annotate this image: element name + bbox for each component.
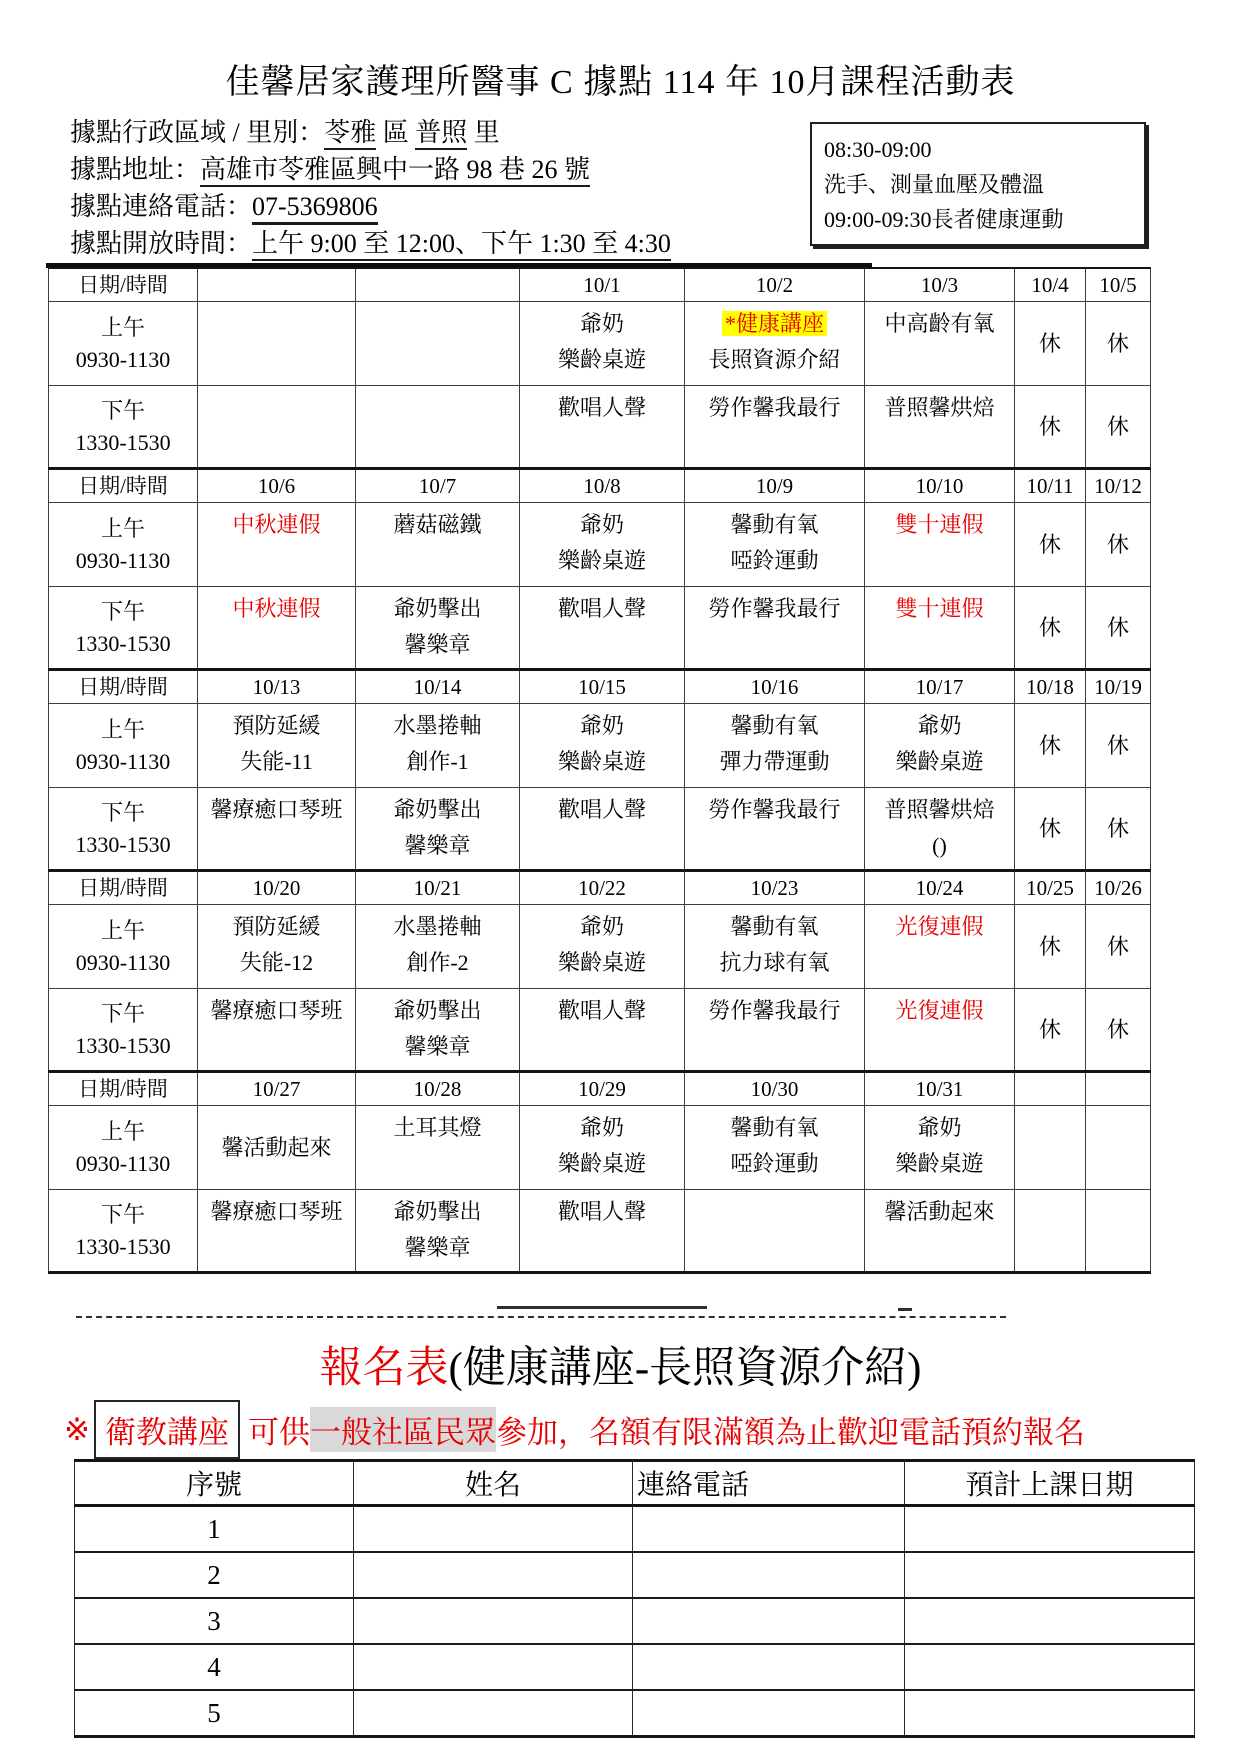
empty-fill-in-cell xyxy=(905,1552,1195,1598)
address-value: 高雄市苓雅區興中一路 98 巷 26 號 xyxy=(200,155,590,187)
activity-cell: 蘑菇磁鐵 xyxy=(356,503,520,587)
afternoon-label-cell: 下午1330-1530 xyxy=(49,386,198,469)
cell-text: 1330-1530 xyxy=(75,1234,170,1259)
empty-fill-in-cell xyxy=(354,1690,633,1737)
cell-text: 1330-1530 xyxy=(75,832,170,857)
cell-text: 10/5 xyxy=(1099,273,1136,297)
activity-cell: 馨活動起來 xyxy=(865,1190,1015,1273)
activity-cell: 雙十連假 xyxy=(865,503,1015,587)
cell-text: 10/9 xyxy=(756,474,793,498)
cell-text: 上午 xyxy=(101,516,145,541)
date-time-label-cell: 日期/時間 xyxy=(49,1072,198,1106)
cell-text: 土耳其燈 xyxy=(393,1115,481,1140)
activity-cell xyxy=(198,386,356,469)
cell-text: 休 xyxy=(1039,934,1061,959)
activity-cell: 休 xyxy=(1015,587,1086,670)
cell-text: 下午 xyxy=(101,1202,145,1227)
cell-text: 10/29 xyxy=(578,1077,626,1101)
activity-cell: 爺奶擊出馨樂章 xyxy=(356,1190,520,1273)
registration-column-header: 預計上課日期 xyxy=(905,1461,1195,1506)
cell-text: 爺奶擊出 xyxy=(393,596,481,621)
activity-cell: 馨療癒口琴班 xyxy=(198,1190,356,1273)
cell-text: 休 xyxy=(1107,1017,1129,1042)
cell-text: 10/1 xyxy=(583,273,620,297)
cell-text: 10/23 xyxy=(751,876,799,900)
cell-text: 爺奶 xyxy=(580,713,624,738)
morning-label-cell: 上午0930-1130 xyxy=(49,704,198,788)
registration-table: 序號姓名連絡電話預計上課日期 12345 xyxy=(74,1459,1195,1738)
cell-text: 歡唱人聲 xyxy=(558,797,646,822)
activity-cell: 爺奶樂齡桌遊 xyxy=(865,704,1015,788)
date-cell: 10/19 xyxy=(1086,670,1151,704)
cell-text: 中秋連假 xyxy=(232,512,320,537)
row-number-cell: 5 xyxy=(75,1690,354,1737)
cell-text: 蘑菇磁鐵 xyxy=(393,512,481,537)
region-label: 據點行政區域 / 里別： xyxy=(70,118,324,147)
activity-cell: 歡唱人聲 xyxy=(520,788,685,871)
registration-row: 5 xyxy=(75,1690,1195,1737)
empty-fill-in-cell xyxy=(905,1644,1195,1690)
registration-title-rest: (健康講座-長照資源介紹) xyxy=(449,1345,922,1392)
activity-cell: 爺奶擊出馨樂章 xyxy=(356,587,520,670)
cell-text: 0930-1130 xyxy=(76,950,171,975)
cell-text: 馨樂章 xyxy=(404,1034,470,1059)
morning-label-cell: 上午0930-1130 xyxy=(49,302,198,386)
activity-cell: 爺奶擊出馨樂章 xyxy=(356,989,520,1072)
cell-text: 失能-12 xyxy=(240,950,313,975)
phone-label: 據點連絡電話： xyxy=(70,192,252,221)
activity-cell: 中秋連假 xyxy=(198,503,356,587)
activity-cell xyxy=(1086,1190,1151,1273)
cell-text: 10/31 xyxy=(916,1077,964,1101)
date-cell: 10/13 xyxy=(198,670,356,704)
notice-rest-text: 參加，名額有限滿額為止歡迎電話預約報名 xyxy=(496,1407,1085,1452)
cell-text: 10/8 xyxy=(583,474,620,498)
schedule-afternoon-row: 下午1330-1530歡唱人聲勞作馨我最行普照馨烘焙休休 xyxy=(49,386,1151,469)
phone-line: 據點連絡電話：07-5369806 xyxy=(70,188,671,225)
cell-text: 中高齡有氧 xyxy=(884,311,994,336)
cell-text: 馨樂章 xyxy=(404,833,470,858)
afternoon-label-cell: 下午1330-1530 xyxy=(49,1190,198,1273)
registration-column-header: 連絡電話 xyxy=(633,1461,905,1506)
cell-text: 爺奶 xyxy=(917,713,961,738)
activity-cell: 馨動有氧啞鈴運動 xyxy=(685,503,865,587)
date-cell xyxy=(356,268,520,302)
cell-text: 馨療癒口琴班 xyxy=(210,998,342,1023)
cell-text: 預防延緩 xyxy=(232,713,320,738)
cell-text: 10/3 xyxy=(921,273,958,297)
date-cell: 10/28 xyxy=(356,1072,520,1106)
cell-text: 預防延緩 xyxy=(232,914,320,939)
date-cell: 10/16 xyxy=(685,670,865,704)
cell-text: 下午 xyxy=(101,1001,145,1026)
cell-text: () xyxy=(932,833,947,858)
cell-text: 樂齡桌遊 xyxy=(558,1151,646,1176)
cell-text: 爺奶擊出 xyxy=(393,1199,481,1224)
empty-fill-in-cell xyxy=(633,1598,905,1644)
activity-cell: 爺奶樂齡桌遊 xyxy=(865,1106,1015,1190)
activity-cell xyxy=(198,302,356,386)
activity-cell: 休 xyxy=(1086,905,1151,989)
date-cell: 10/11 xyxy=(1015,469,1086,503)
date-cell: 10/23 xyxy=(685,871,865,905)
activity-cell: 雙十連假 xyxy=(865,587,1015,670)
cell-text: 普照馨烘焙 xyxy=(884,395,994,420)
cell-text: 長照資源介紹 xyxy=(708,347,840,372)
cell-text: 上午 xyxy=(101,315,145,340)
cell-text: 下午 xyxy=(101,398,145,423)
schedule-afternoon-row: 下午1330-1530中秋連假爺奶擊出馨樂章歡唱人聲勞作馨我最行雙十連假休休 xyxy=(49,587,1151,670)
registration-column-header: 序號 xyxy=(75,1461,354,1506)
cell-text: 休 xyxy=(1039,331,1061,356)
activity-cell: 歡唱人聲 xyxy=(520,386,685,469)
cell-text: 休 xyxy=(1107,532,1129,557)
activity-cell: 休 xyxy=(1015,989,1086,1072)
date-cell: 10/4 xyxy=(1015,268,1086,302)
cell-text: 普照馨烘焙 xyxy=(884,797,994,822)
cell-text: 休 xyxy=(1107,414,1129,439)
cell-text: 下午 xyxy=(101,800,145,825)
cell-text: 光復連假 xyxy=(895,998,983,1023)
date-cell: 10/9 xyxy=(685,469,865,503)
region-village-suffix: 里 xyxy=(467,118,500,147)
activity-cell: 勞作馨我最行 xyxy=(685,788,865,871)
cell-text: 0930-1130 xyxy=(76,548,171,573)
date-cell: 10/15 xyxy=(520,670,685,704)
routine-line: 09:00-09:30長者健康運動 xyxy=(824,202,1132,237)
cell-text: 爺奶 xyxy=(580,1115,624,1140)
date-time-label-cell: 日期/時間 xyxy=(49,670,198,704)
cell-text: 馨動有氧 xyxy=(730,713,818,738)
cell-text: 日期/時間 xyxy=(78,273,168,297)
activity-cell: 休 xyxy=(1015,503,1086,587)
activity-cell: 馨動有氧彈力帶運動 xyxy=(685,704,865,788)
cell-text: 歡唱人聲 xyxy=(558,998,646,1023)
empty-fill-in-cell xyxy=(354,1598,633,1644)
cell-text: 休 xyxy=(1107,733,1129,758)
activity-cell: 休 xyxy=(1086,587,1151,670)
date-cell: 10/17 xyxy=(865,670,1015,704)
date-cell: 10/6 xyxy=(198,469,356,503)
cell-text: 馨活動起來 xyxy=(884,1199,994,1224)
cell-text: 0930-1130 xyxy=(76,347,171,372)
notice-mid-text: 可供 xyxy=(248,1407,310,1452)
activity-cell: 休 xyxy=(1086,788,1151,871)
cell-text: 休 xyxy=(1039,816,1061,841)
cell-text: 樂齡桌遊 xyxy=(558,548,646,573)
cell-text: 勞作馨我最行 xyxy=(708,998,840,1023)
region-district: 苓雅 xyxy=(324,118,376,150)
row-number-cell: 2 xyxy=(75,1552,354,1598)
routine-line: 洗手、測量血壓及體溫 xyxy=(824,167,1132,202)
schedule-table: 日期/時間10/110/210/310/410/5上午0930-1130爺奶樂齡… xyxy=(48,267,1151,1274)
cell-text: 10/18 xyxy=(1026,675,1074,699)
activity-cell: 爺奶樂齡桌遊 xyxy=(520,905,685,989)
registration-row: 2 xyxy=(75,1552,1195,1598)
date-time-label-cell: 日期/時間 xyxy=(49,268,198,302)
region-district-suffix: 區 xyxy=(376,118,415,147)
date-cell: 10/10 xyxy=(865,469,1015,503)
cell-text: 10/6 xyxy=(258,474,295,498)
page-title: 佳馨居家護理所醫事 C 據點 114 年 10月課程活動表 xyxy=(0,54,1241,103)
activity-cell xyxy=(685,1190,865,1273)
activity-cell: 水墨捲軸創作-2 xyxy=(356,905,520,989)
activity-cell: 休 xyxy=(1015,302,1086,386)
notice-highlighted-term: 一般社區民眾 xyxy=(310,1407,496,1452)
cell-text: 馨活動起來 xyxy=(221,1135,331,1160)
cell-text: *健康講座 xyxy=(722,311,827,336)
cell-text: 馨樂章 xyxy=(404,632,470,657)
schedule-afternoon-row: 下午1330-1530馨療癒口琴班爺奶擊出馨樂章歡唱人聲勞作馨我最行普照馨烘焙(… xyxy=(49,788,1151,871)
afternoon-label-cell: 下午1330-1530 xyxy=(49,788,198,871)
cell-text: 樂齡桌遊 xyxy=(895,1151,983,1176)
cell-text: 馨動有氧 xyxy=(730,512,818,537)
activity-cell: 光復連假 xyxy=(865,905,1015,989)
date-time-label-cell: 日期/時間 xyxy=(49,469,198,503)
cell-text: 勞作馨我最行 xyxy=(708,395,840,420)
cell-text: 10/20 xyxy=(253,876,301,900)
cell-text: 日期/時間 xyxy=(78,876,168,900)
registration-column-header: 姓名 xyxy=(354,1461,633,1506)
cell-text: 日期/時間 xyxy=(78,1077,168,1101)
cell-text: 休 xyxy=(1107,934,1129,959)
registration-notice: ※ 衛教講座 可供 一般社區民眾 參加，名額有限滿額為止歡迎電話預約報名 xyxy=(64,1400,1214,1459)
row-number-cell: 3 xyxy=(75,1598,354,1644)
cell-text: 10/15 xyxy=(578,675,626,699)
cell-text: 歡唱人聲 xyxy=(558,1199,646,1224)
activity-cell: 馨活動起來 xyxy=(198,1106,356,1190)
activity-cell: 普照馨烘焙 xyxy=(865,386,1015,469)
empty-fill-in-cell xyxy=(905,1506,1195,1553)
schedule-date-row: 日期/時間10/610/710/810/910/1010/1110/12 xyxy=(49,469,1151,503)
date-cell: 10/18 xyxy=(1015,670,1086,704)
schedule-date-row: 日期/時間10/110/210/310/410/5 xyxy=(49,268,1151,302)
cell-text: 休 xyxy=(1039,615,1061,640)
cell-text: 馨動有氧 xyxy=(730,1115,818,1140)
cell-text: 休 xyxy=(1039,1017,1061,1042)
document-page: 佳馨居家護理所醫事 C 據點 114 年 10月課程活動表 據點行政區域 / 里… xyxy=(0,0,1241,1755)
row-number-cell: 1 xyxy=(75,1506,354,1553)
cell-text: 啞鈴運動 xyxy=(730,548,818,573)
activity-cell: 爺奶樂齡桌遊 xyxy=(520,704,685,788)
registration-row: 4 xyxy=(75,1644,1195,1690)
cell-text: 日期/時間 xyxy=(78,474,168,498)
cell-text: 勞作馨我最行 xyxy=(708,596,840,621)
empty-fill-in-cell xyxy=(905,1598,1195,1644)
schedule-afternoon-row: 下午1330-1530馨療癒口琴班爺奶擊出馨樂章歡唱人聲勞作馨我最行光復連假休休 xyxy=(49,989,1151,1072)
routine-line: 08:30-09:00 xyxy=(824,132,1132,167)
date-time-label-cell: 日期/時間 xyxy=(49,871,198,905)
cell-text: 爺奶擊出 xyxy=(393,797,481,822)
activity-cell: 休 xyxy=(1086,302,1151,386)
site-info-block: 據點行政區域 / 里別：苓雅 區 普照 里 據點地址：高雄市苓雅區興中一路 98… xyxy=(70,114,671,262)
cell-text: 休 xyxy=(1039,733,1061,758)
date-cell: 10/26 xyxy=(1086,871,1151,905)
morning-label-cell: 上午0930-1130 xyxy=(49,905,198,989)
activity-cell: 馨療癒口琴班 xyxy=(198,788,356,871)
cell-text: 10/10 xyxy=(916,474,964,498)
schedule-morning-row: 上午0930-1130中秋連假蘑菇磁鐵爺奶樂齡桌遊馨動有氧啞鈴運動雙十連假休休 xyxy=(49,503,1151,587)
activity-cell: 休 xyxy=(1086,989,1151,1072)
cell-text: 上午 xyxy=(101,1119,145,1144)
cell-text: 勞作馨我最行 xyxy=(708,797,840,822)
phone-value: 07-5369806 xyxy=(252,192,378,225)
schedule-date-row: 日期/時間10/1310/1410/1510/1610/1710/1810/19 xyxy=(49,670,1151,704)
activity-cell: *健康講座長照資源介紹 xyxy=(685,302,865,386)
cell-text: 上午 xyxy=(101,918,145,943)
cell-text: 下午 xyxy=(101,599,145,624)
morning-routine-box: 08:30-09:00 洗手、測量血壓及體溫 09:00-09:30長者健康運動 xyxy=(810,122,1146,246)
cell-text: 10/19 xyxy=(1094,675,1142,699)
date-cell: 10/25 xyxy=(1015,871,1086,905)
cell-text: 0930-1130 xyxy=(76,749,171,774)
cell-text: 0930-1130 xyxy=(76,1151,171,1176)
cell-text: 休 xyxy=(1039,414,1061,439)
schedule-date-row: 日期/時間10/2010/2110/2210/2310/2410/2510/26 xyxy=(49,871,1151,905)
empty-fill-in-cell xyxy=(905,1690,1195,1737)
notice-asterisk: ※ xyxy=(64,1412,90,1448)
activity-cell: 休 xyxy=(1015,788,1086,871)
cell-text: 樂齡桌遊 xyxy=(558,749,646,774)
date-cell: 10/7 xyxy=(356,469,520,503)
cell-text: 10/4 xyxy=(1031,273,1068,297)
cell-text: 10/11 xyxy=(1026,474,1073,498)
cell-text: 創作-2 xyxy=(406,950,468,975)
cell-text: 休 xyxy=(1107,816,1129,841)
cell-text: 休 xyxy=(1107,331,1129,356)
activity-cell: 普照馨烘焙() xyxy=(865,788,1015,871)
activity-cell: 預防延緩失能-11 xyxy=(198,704,356,788)
cell-text: 10/13 xyxy=(253,675,301,699)
cell-text: 水墨捲軸 xyxy=(393,713,481,738)
activity-cell: 歡唱人聲 xyxy=(520,989,685,1072)
date-cell: 10/5 xyxy=(1086,268,1151,302)
activity-cell xyxy=(1015,1106,1086,1190)
schedule-afternoon-row: 下午1330-1530馨療癒口琴班爺奶擊出馨樂章歡唱人聲馨活動起來 xyxy=(49,1190,1151,1273)
cell-text: 1330-1530 xyxy=(75,1033,170,1058)
row-number-cell: 4 xyxy=(75,1644,354,1690)
cell-text: 休 xyxy=(1039,532,1061,557)
activity-cell xyxy=(356,386,520,469)
date-cell: 10/8 xyxy=(520,469,685,503)
activity-cell: 中高齡有氧 xyxy=(865,302,1015,386)
empty-fill-in-cell xyxy=(633,1552,905,1598)
empty-fill-in-cell xyxy=(354,1552,633,1598)
cell-text: 爺奶 xyxy=(580,311,624,336)
cell-text: 樂齡桌遊 xyxy=(558,347,646,372)
registration-title: 報名表(健康講座-長照資源介紹) xyxy=(0,1334,1241,1395)
cell-text: 爺奶擊出 xyxy=(393,998,481,1023)
region-village: 普照 xyxy=(415,118,467,150)
date-cell xyxy=(198,268,356,302)
schedule-morning-row: 上午0930-1130爺奶樂齡桌遊*健康講座長照資源介紹中高齡有氧休休 xyxy=(49,302,1151,386)
registration-row: 1 xyxy=(75,1506,1195,1553)
empty-fill-in-cell xyxy=(354,1506,633,1553)
cell-text: 1330-1530 xyxy=(75,430,170,455)
cell-text: 馨療癒口琴班 xyxy=(210,797,342,822)
cell-text: 爺奶 xyxy=(917,1115,961,1140)
cell-text: 雙十連假 xyxy=(895,596,983,621)
cell-text: 10/26 xyxy=(1094,876,1142,900)
cell-text: 10/17 xyxy=(916,675,964,699)
date-cell: 10/24 xyxy=(865,871,1015,905)
date-cell: 10/30 xyxy=(685,1072,865,1106)
cell-text: 水墨捲軸 xyxy=(393,914,481,939)
schedule-morning-row: 上午0930-1130預防延緩失能-12水墨捲軸創作-2爺奶樂齡桌遊馨動有氧抗力… xyxy=(49,905,1151,989)
cell-text: 日期/時間 xyxy=(78,675,168,699)
activity-cell: 休 xyxy=(1086,503,1151,587)
date-cell: 10/29 xyxy=(520,1072,685,1106)
afternoon-label-cell: 下午1330-1530 xyxy=(49,587,198,670)
separator-small-dash xyxy=(898,1308,912,1311)
activity-cell: 歡唱人聲 xyxy=(520,1190,685,1273)
empty-fill-in-cell xyxy=(633,1644,905,1690)
cell-text: 10/16 xyxy=(751,675,799,699)
cell-text: 10/30 xyxy=(751,1077,799,1101)
hours-value: 上午 9:00 至 12:00、下午 1:30 至 4:30 xyxy=(252,229,671,261)
activity-cell: 休 xyxy=(1015,386,1086,469)
activity-cell: 光復連假 xyxy=(865,989,1015,1072)
activity-cell: 勞作馨我最行 xyxy=(685,989,865,1072)
registration-title-red: 報名表 xyxy=(320,1345,449,1392)
schedule-morning-row: 上午0930-1130預防延緩失能-11水墨捲軸創作-1爺奶樂齡桌遊馨動有氧彈力… xyxy=(49,704,1151,788)
schedule-date-row: 日期/時間10/2710/2810/2910/3010/31 xyxy=(49,1072,1151,1106)
activity-cell: 馨動有氧啞鈴運動 xyxy=(685,1106,865,1190)
empty-fill-in-cell xyxy=(633,1690,905,1737)
separator-dashed-line xyxy=(76,1316,1006,1318)
cell-text: 中秋連假 xyxy=(232,596,320,621)
address-label: 據點地址： xyxy=(70,155,200,184)
morning-label-cell: 上午0930-1130 xyxy=(49,503,198,587)
activity-cell: 休 xyxy=(1086,386,1151,469)
activity-cell: 歡唱人聲 xyxy=(520,587,685,670)
activity-cell: 爺奶樂齡桌遊 xyxy=(520,503,685,587)
cell-text: 10/14 xyxy=(414,675,462,699)
cell-text: 10/27 xyxy=(253,1077,301,1101)
hours-label: 據點開放時間： xyxy=(70,229,252,258)
activity-cell xyxy=(1086,1106,1151,1190)
cell-text: 10/24 xyxy=(916,876,964,900)
cell-text: 10/7 xyxy=(419,474,456,498)
afternoon-label-cell: 下午1330-1530 xyxy=(49,989,198,1072)
activity-cell: 休 xyxy=(1015,704,1086,788)
activity-cell: 爺奶樂齡桌遊 xyxy=(520,302,685,386)
cell-text: 雙十連假 xyxy=(895,512,983,537)
activity-cell: 中秋連假 xyxy=(198,587,356,670)
cell-text: 10/2 xyxy=(756,273,793,297)
registration-header-row: 序號姓名連絡電話預計上課日期 xyxy=(75,1461,1195,1506)
notice-boxed-term: 衛教講座 xyxy=(94,1400,240,1459)
cell-text: 歡唱人聲 xyxy=(558,596,646,621)
cell-text: 10/12 xyxy=(1094,474,1142,498)
cell-text: 抗力球有氧 xyxy=(719,950,829,975)
cell-text: 馨療癒口琴班 xyxy=(210,1199,342,1224)
cell-text: 爺奶 xyxy=(580,512,624,537)
cell-text: 10/22 xyxy=(578,876,626,900)
hours-line: 據點開放時間：上午 9:00 至 12:00、下午 1:30 至 4:30 xyxy=(70,225,671,262)
activity-cell: 休 xyxy=(1015,905,1086,989)
schedule-morning-row: 上午0930-1130馨活動起來土耳其燈爺奶樂齡桌遊馨動有氧啞鈴運動爺奶樂齡桌遊 xyxy=(49,1106,1151,1190)
date-cell: 10/22 xyxy=(520,871,685,905)
cell-text: 歡唱人聲 xyxy=(558,395,646,420)
activity-cell: 爺奶擊出馨樂章 xyxy=(356,788,520,871)
region-line: 據點行政區域 / 里別：苓雅 區 普照 里 xyxy=(70,114,671,151)
cell-text: 創作-1 xyxy=(406,749,468,774)
activity-cell xyxy=(1015,1190,1086,1273)
cell-text: 1330-1530 xyxy=(75,631,170,656)
address-line: 據點地址：高雄市苓雅區興中一路 98 巷 26 號 xyxy=(70,151,671,188)
cell-text: 光復連假 xyxy=(895,914,983,939)
